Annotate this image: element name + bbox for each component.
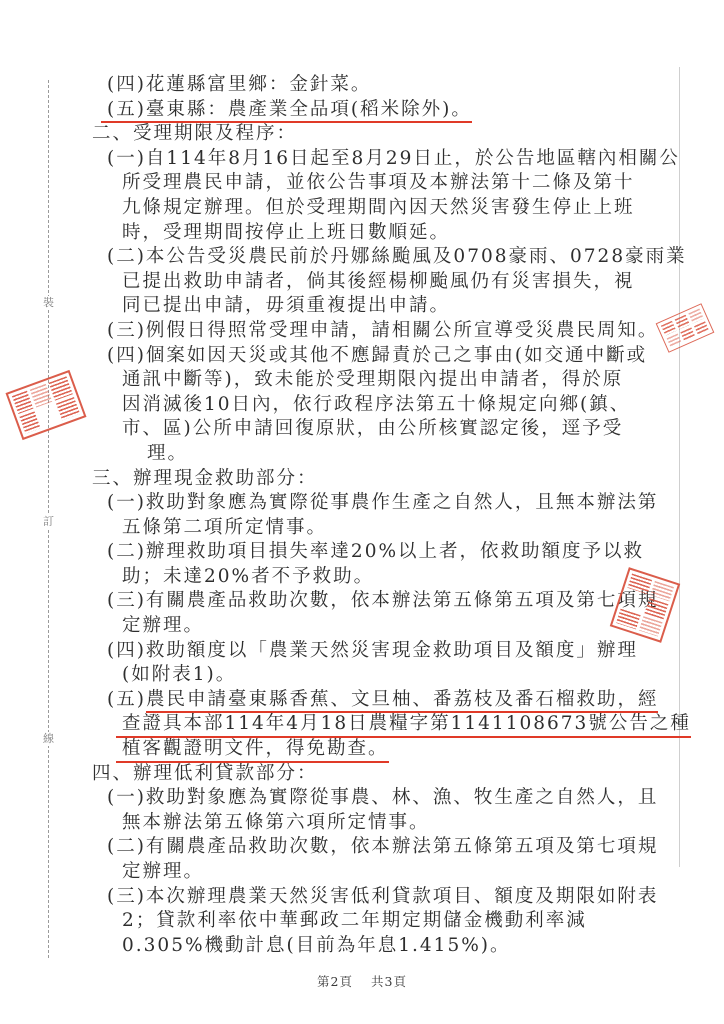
underlined-text: 查證具本部114年4月18日農糧字第1141108673號公告之種	[116, 713, 691, 738]
document-line: (五)臺東縣：農產業全品項(稻米除外)。	[0, 98, 724, 123]
text-run: (如附表1)。	[122, 664, 236, 685]
text-run: (四)救助額度以「農業天然災害現金救助項目及額度」辦理	[107, 640, 638, 661]
document-line: (一)自114年8月16日起至8月29日止，於公告地區轄內相關公	[0, 147, 724, 172]
document-line: 查證具本部114年4月18日農糧字第1141108673號公告之種	[0, 712, 724, 737]
text-run: 二、受理期限及程序：	[92, 123, 297, 144]
text-run: 因消滅後10日內，依行政程序法第五十條規定向鄉(鎮、	[122, 394, 630, 415]
document-line: 時，受理期間按停止上班日數順延。	[0, 221, 724, 246]
text-run: 四、辦理低利貸款部分：	[92, 763, 318, 784]
document-line: 因消滅後10日內，依行政程序法第五十條規定向鄉(鎮、	[0, 393, 724, 418]
underlined-text: 植客觀證明文件，得免勘查。	[116, 738, 389, 763]
document-line: 所受理農民申請，並依公告事項及本辦法第十二條及第十	[0, 171, 724, 196]
text-run: (三)有關農產品救助次數，依本辦法第五條第五項及第七項規	[107, 590, 658, 611]
document-line: 理。	[0, 442, 724, 467]
document-line: (二)本公告受災農民前於丹娜絲颱風及0708豪雨、0728豪雨業	[0, 245, 724, 270]
document-line: 二、受理期限及程序：	[0, 122, 724, 147]
document-line: 三、辦理現金救助部分：	[0, 467, 724, 492]
document-line: (四)花蓮縣富里鄉：金針菜。	[0, 73, 724, 98]
text-run: (四)個案如因天災或其他不應歸責於己之事由(如交通中斷或	[107, 345, 647, 366]
document-line: (四)救助額度以「農業天然災害現金救助項目及額度」辦理	[0, 639, 724, 664]
document-line: 植客觀證明文件，得免勘查。	[0, 737, 724, 762]
document-line: 通訊中斷等)，致未能於受理期限內提出申請者，得於原	[0, 368, 724, 393]
page-total: 共3頁	[371, 974, 407, 989]
page-number: 第2頁	[317, 974, 353, 989]
text-run: 九條規定辦理。但於受理期間內因天然災害發生停止上班	[122, 197, 635, 218]
document-line: (四)個案如因天災或其他不應歸責於己之事由(如交通中斷或	[0, 344, 724, 369]
text-run: 無本辦法第五條第六項所定情事。	[122, 812, 430, 833]
text-run: 時，受理期間按停止上班日數順延。	[122, 222, 450, 243]
text-run: (一)救助對象應為實際從事農、林、漁、牧生產之自然人，且	[107, 787, 658, 808]
text-run: 所受理農民申請，並依公告事項及本辦法第十二條及第十	[122, 172, 635, 193]
document-line: 同已提出申請，毋須重複提出申請。	[0, 294, 724, 319]
underlined-text: (五)臺東縣：農產業全品項(稻米除外)。	[101, 99, 472, 124]
text-run: 2；貸款利率依中華郵政二年期定期儲金機動利率減	[122, 910, 587, 931]
text-run: (一)自114年8月16日起至8月29日止，於公告地區轄內相關公	[107, 148, 680, 169]
text-run: 市、區)公所申請回復原狀，由公所核實認定後，逕予受	[122, 418, 623, 439]
document-line: (二)有關農產品救助次數，依本辦法第五條第五項及第七項規	[0, 835, 724, 860]
document-line: (二)辦理救助項目損失率達20%以上者，依救助額度予以救	[0, 540, 724, 565]
document-body: (四)花蓮縣富里鄉：金針菜。(五)臺東縣：農產業全品項(稻米除外)。二、受理期限…	[0, 73, 724, 958]
document-line: 2；貸款利率依中華郵政二年期定期儲金機動利率減	[0, 909, 724, 934]
text-run: 0.305%機動計息(目前為年息1.415%)。	[122, 935, 511, 956]
text-run: (三)例假日得照常受理申請，請相關公所宣導受災農民周知。	[107, 320, 658, 341]
document-line: 市、區)公所申請回復原狀，由公所核實認定後，逕予受	[0, 417, 724, 442]
document-line: (一)救助對象應為實際從事農、林、漁、牧生產之自然人，且	[0, 786, 724, 811]
document-line: (如附表1)。	[0, 663, 724, 688]
text-run: 定辦理。	[122, 861, 204, 882]
text-run: 通訊中斷等)，致未能於受理期限內提出申請者，得於原	[122, 369, 623, 390]
text-run: (五)	[107, 689, 146, 710]
document-line: 定辦理。	[0, 860, 724, 885]
text-run: 助；未達20%者不予救助。	[122, 566, 374, 587]
page-footer: 第2頁共3頁	[0, 972, 724, 990]
document-line: (三)本次辦理農業天然災害低利貸款項目、額度及期限如附表	[0, 885, 724, 910]
document-line: 九條規定辦理。但於受理期間內因天然災害發生停止上班	[0, 196, 724, 221]
text-run: (二)本公告受災農民前於丹娜絲颱風及0708豪雨、0728豪雨業	[107, 246, 687, 267]
document-line: 助；未達20%者不予救助。	[0, 565, 724, 590]
text-run: (四)花蓮縣富里鄉：金針菜。	[107, 74, 371, 95]
text-run: (一)救助對象應為實際從事農作生產之自然人，且無本辦法第	[107, 492, 658, 513]
underlined-text: 農民申請臺東縣香蕉、文旦柚、番荔枝及番石榴救助，經	[146, 689, 659, 714]
document-line: 無本辦法第五條第六項所定情事。	[0, 811, 724, 836]
text-run: 已提出救助申請者，倘其後經楊柳颱風仍有災害損失，視	[122, 271, 635, 292]
document-line: 四、辦理低利貸款部分：	[0, 762, 724, 787]
document-line: (一)救助對象應為實際從事農作生產之自然人，且無本辦法第	[0, 491, 724, 516]
text-run: (二)辦理救助項目損失率達20%以上者，依救助額度予以救	[107, 541, 644, 562]
text-run: 五條第二項所定情事。	[122, 517, 327, 538]
text-run: (三)本次辦理農業天然災害低利貸款項目、額度及期限如附表	[107, 886, 658, 907]
document-line: (五)農民申請臺東縣香蕉、文旦柚、番荔枝及番石榴救助，經	[0, 688, 724, 713]
text-run: 同已提出申請，毋須重複提出申請。	[122, 295, 450, 316]
text-run: 定辦理。	[122, 615, 204, 636]
document-line: 0.305%機動計息(目前為年息1.415%)。	[0, 934, 724, 959]
document-line: 五條第二項所定情事。	[0, 516, 724, 541]
text-run: (二)有關農產品救助次數，依本辦法第五條第五項及第七項規	[107, 836, 658, 857]
document-line: 已提出救助申請者，倘其後經楊柳颱風仍有災害損失，視	[0, 270, 724, 295]
document-line: (三)例假日得照常受理申請，請相關公所宣導受災農民周知。	[0, 319, 724, 344]
text-run: 理。	[147, 443, 188, 464]
text-run: 三、辦理現金救助部分：	[92, 468, 318, 489]
